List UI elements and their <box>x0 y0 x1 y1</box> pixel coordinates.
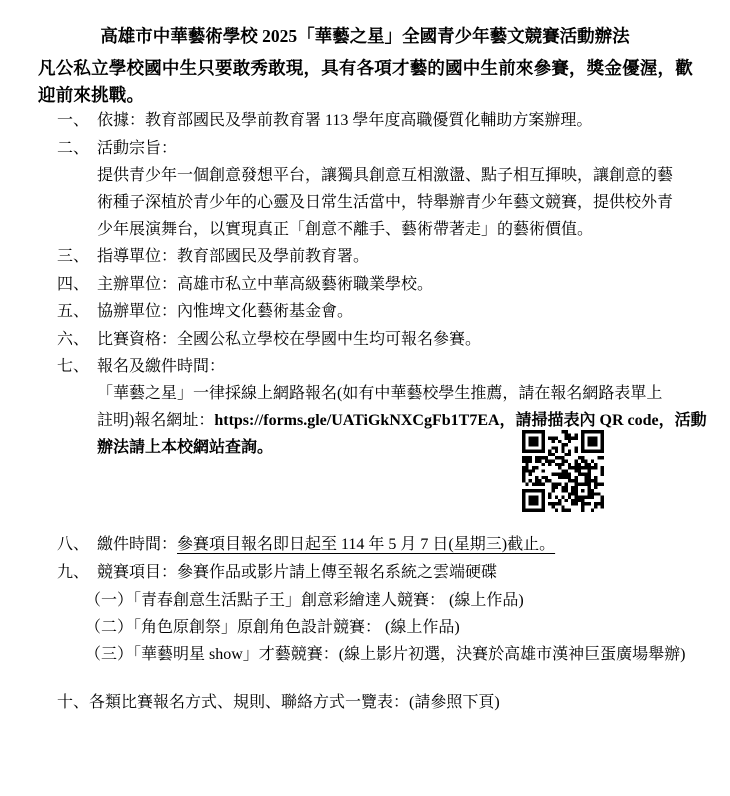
list-item-registration: 七、報名及繳件時間： <box>57 356 225 377</box>
event-item-talent-show: （三）「華藝明星 show」才藝競賽：(線上影片初選，決賽於高雄市漢神巨蛋廣場舉… <box>85 644 685 665</box>
list-item-purpose: 二、活動宗旨： <box>57 138 177 159</box>
item-number: 七、 <box>57 356 97 377</box>
item-text: 報名及繳件時間： <box>97 358 225 375</box>
intro-paragraph-line-2: 迎前來挑戰。 <box>38 85 144 106</box>
intro-paragraph-line-1: 凡公私立學校國中生只要敢秀敢現，具有各項才藝的國中生前來參賽，獎金優渥，歡 <box>38 58 693 79</box>
item-number: 二、 <box>57 138 97 159</box>
event-item-character-design: （二）「角色原創祭」原創角色設計競賽： (線上作品) <box>85 617 460 638</box>
document-page: 高雄市中華藝術學校 2025「華藝之星」全國青少年藝文競賽活動辦法 凡公私立學校… <box>0 0 730 796</box>
list-item-organizer: 四、主辦單位：高雄市私立中華高級藝術職業學校。 <box>57 274 433 295</box>
event-item-painting: （一）「青春創意生活點子王」創意彩繪達人競賽： (線上作品) <box>85 590 524 611</box>
item-number: 六、 <box>57 329 97 350</box>
list-item-co-organizer: 五、協辦單位：內惟埤文化藝術基金會。 <box>57 301 353 322</box>
list-item-deadline: 八、繳件時間：參賽項目報名即日起至 114 年 5 月 7 日(星期三)截止。 <box>57 534 555 555</box>
item-number: 九、 <box>57 562 97 583</box>
item-number: 五、 <box>57 301 97 322</box>
item-text: 依據：教育部國民及學前教育署 113 學年度高職優質化輔助方案辦理。 <box>97 112 592 129</box>
item-number: 三、 <box>57 246 97 267</box>
purpose-paragraph-line-3: 少年展演舞台，以實現真正「創意不離手、藝術帶著走」的藝術價值。 <box>97 219 593 240</box>
signup-paragraph-line-2: 註明)報名網址：https://forms.gle/UATiGkNXCgFb1T… <box>97 410 707 431</box>
item-number: 十、 <box>57 694 89 711</box>
item-text: 指導單位：教育部國民及學前教育署。 <box>97 248 369 265</box>
signup-text: 註明)報名網址： <box>97 412 214 429</box>
registration-url: https://forms.gle/UATiGkNXCgFb1T7EA，請掃描表… <box>214 412 706 429</box>
signup-paragraph-line-1: 「華藝之星」一律採線上網路報名(如有中華藝校學生推薦，請在報名網路表單上 <box>97 383 662 404</box>
item-number: 四、 <box>57 274 97 295</box>
item-text: 活動宗旨： <box>97 140 177 157</box>
purpose-paragraph-line-2: 術種子深植於青少年的心靈及日常生活當中，特舉辦青少年藝文競賽，提供校外青 <box>97 192 673 213</box>
item-number: 八、 <box>57 534 97 555</box>
item-text: 比賽資格：全國公私立學校在學國中生均可報名參賽。 <box>97 331 481 348</box>
qr-code <box>522 430 604 512</box>
item-number: 一、 <box>57 110 97 131</box>
list-item-advisor: 三、指導單位：教育部國民及學前教育署。 <box>57 246 369 267</box>
deadline-date: 參賽項目報名即日起至 114 年 5 月 7 日(星期三)截止。 <box>177 536 555 553</box>
list-item-basis: 一、依據：教育部國民及學前教育署 113 學年度高職優質化輔助方案辦理。 <box>57 110 592 131</box>
list-item-eligibility: 六、比賽資格：全國公私立學校在學國中生均可報名參賽。 <box>57 329 481 350</box>
item-text: 各類比賽報名方式、規則、聯絡方式一覽表：(請參照下頁) <box>89 694 500 711</box>
item-text: 主辦單位：高雄市私立中華高級藝術職業學校。 <box>97 276 433 293</box>
list-item-rules-table: 十、各類比賽報名方式、規則、聯絡方式一覽表：(請參照下頁) <box>57 692 500 713</box>
item-text: 協辦單位：內惟埤文化藝術基金會。 <box>97 303 353 320</box>
deadline-label: 繳件時間： <box>97 536 177 553</box>
item-text: 競賽項目：參賽作品或影片請上傳至報名系統之雲端硬碟 <box>97 564 497 581</box>
page-title: 高雄市中華藝術學校 2025「華藝之星」全國青少年藝文競賽活動辦法 <box>0 26 730 47</box>
purpose-paragraph-line-1: 提供青少年一個創意發想平台，讓獨具創意互相激盪、點子相互揮映，讓創意的藝 <box>97 165 673 186</box>
signup-paragraph-line-3: 辦法請上本校網站查詢。 <box>97 437 273 458</box>
list-item-events: 九、競賽項目：參賽作品或影片請上傳至報名系統之雲端硬碟 <box>57 562 497 583</box>
